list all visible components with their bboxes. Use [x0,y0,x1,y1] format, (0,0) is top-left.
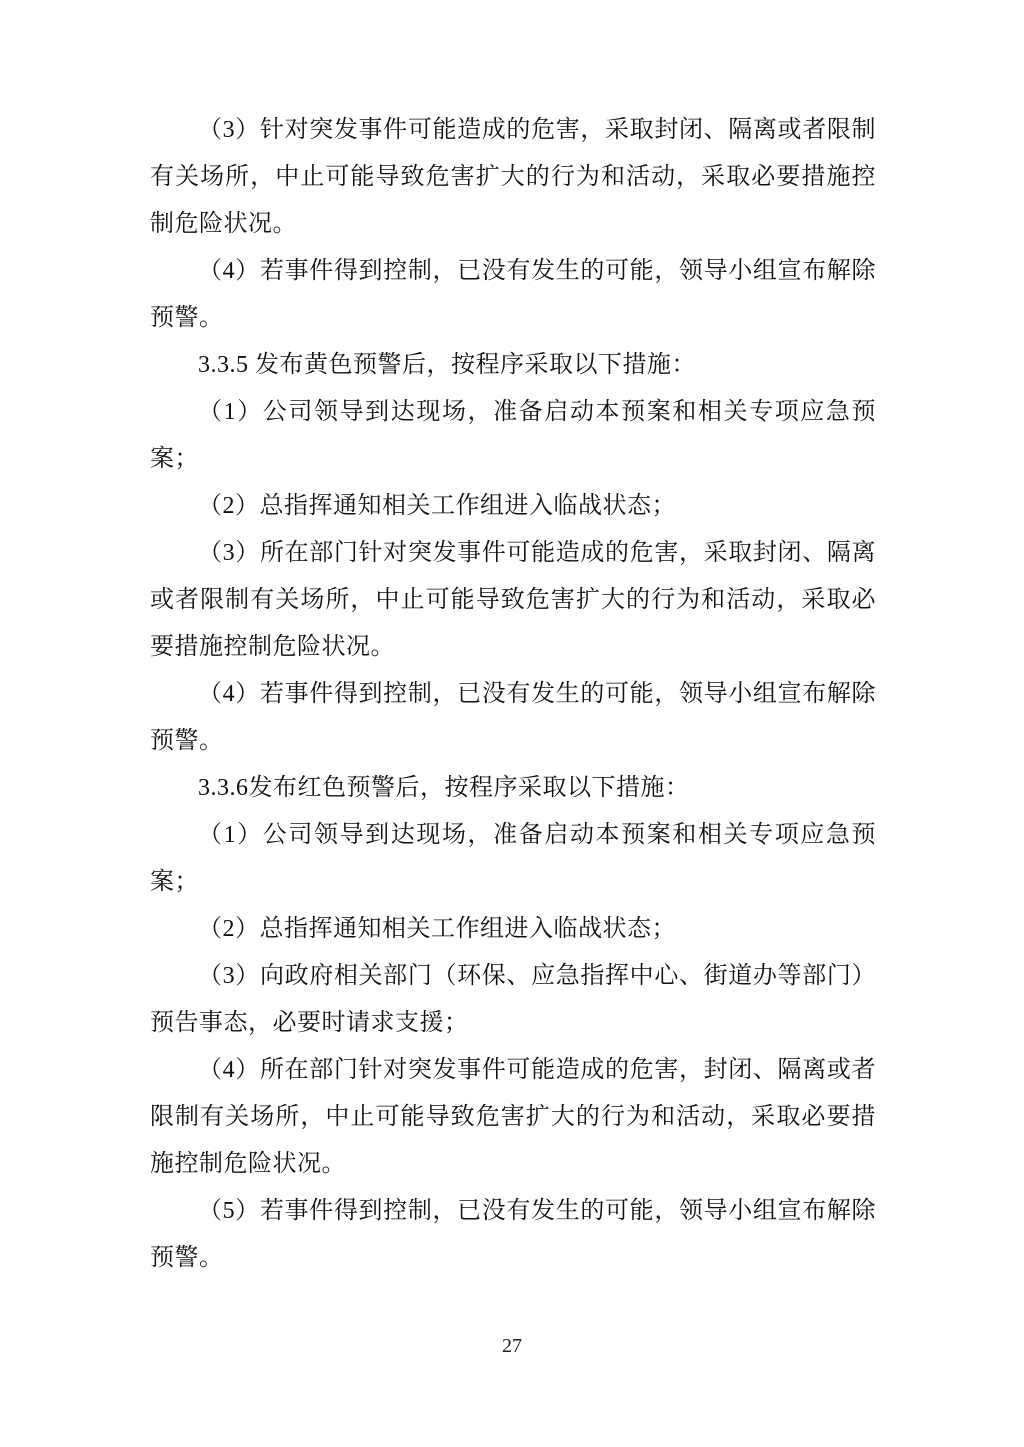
body-paragraph: （3）针对突发事件可能造成的危害，采取封闭、隔离或者限制有关场所，中止可能导致危… [150,107,876,248]
body-paragraph: （2）总指挥通知相关工作组进入临战状态； [150,906,876,953]
body-paragraph: （4）若事件得到控制，已没有发生的可能，领导小组宣布解除预警。 [150,671,876,765]
body-paragraph: （3）所在部门针对突发事件可能造成的危害，采取封闭、隔离或者限制有关场所，中止可… [150,530,876,671]
document-body: （3）针对突发事件可能造成的危害，采取封闭、隔离或者限制有关场所，中止可能导致危… [150,107,876,1282]
section-heading-3-3-5: 3.3.5 发布黄色预警后，按程序采取以下措施： [150,342,876,389]
body-paragraph: （1）公司领导到达现场，准备启动本预案和相关专项应急预案； [150,389,876,483]
page-number: 27 [0,1332,1024,1360]
body-paragraph: （4）若事件得到控制，已没有发生的可能，领导小组宣布解除预警。 [150,248,876,342]
body-paragraph: （1）公司领导到达现场，准备启动本预案和相关专项应急预案； [150,812,876,906]
body-paragraph: （4）所在部门针对突发事件可能造成的危害，封闭、隔离或者限制有关场所，中止可能导… [150,1047,876,1188]
body-paragraph: （2）总指挥通知相关工作组进入临战状态； [150,483,876,530]
body-paragraph: （5）若事件得到控制，已没有发生的可能，领导小组宣布解除预警。 [150,1188,876,1282]
section-heading-3-3-6: 3.3.6发布红色预警后，按程序采取以下措施： [150,765,876,812]
document-page: （3）针对突发事件可能造成的危害，采取封闭、隔离或者限制有关场所，中止可能导致危… [0,0,1024,1447]
body-paragraph: （3）向政府相关部门（环保、应急指挥中心、街道办等部门）预告事态，必要时请求支援… [150,953,876,1047]
